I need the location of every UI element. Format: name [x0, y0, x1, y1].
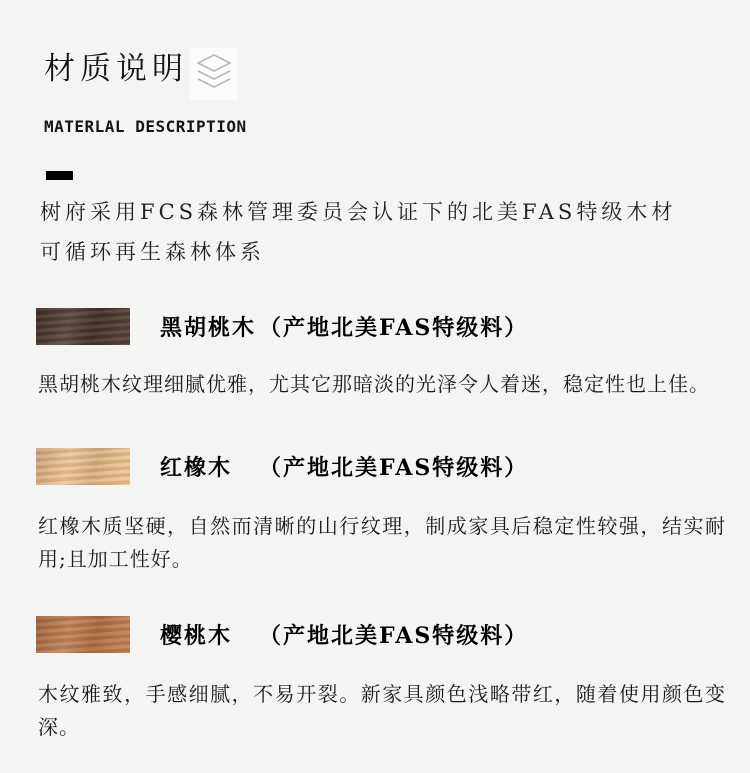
- material-section-walnut: 黑胡桃木 （产地北美FAS特级料）: [36, 308, 728, 345]
- material-title: 红橡木 （产地北美FAS特级料）: [160, 448, 528, 485]
- material-heading-row: 红橡木 （产地北美FAS特级料）: [36, 448, 728, 485]
- material-section-cherry: 樱桃木 （产地北美FAS特级料）: [36, 616, 728, 653]
- material-origin: （产地北美FAS特级料）: [259, 451, 528, 482]
- material-title: 黑胡桃木 （产地北美FAS特级料）: [160, 308, 528, 345]
- material-name: 黑胡桃木: [160, 311, 259, 342]
- intro-line-1: 树府采用FCS森林管理委员会认证下的北美FAS特级木材: [40, 192, 720, 232]
- material-description-cherry: 木纹雅致，手感细腻，不易开裂。新家具颜色浅略带红，随着使用颜色变深。: [38, 678, 726, 744]
- intro-line-2: 可循环再生森林体系: [40, 232, 720, 272]
- material-heading-row: 黑胡桃木 （产地北美FAS特级料）: [36, 308, 728, 345]
- wood-swatch-cherry: [36, 616, 130, 653]
- page-subtitle: MATERLAL DESCRIPTION: [44, 117, 247, 136]
- material-title: 樱桃木 （产地北美FAS特级料）: [160, 616, 528, 653]
- material-description-walnut: 黑胡桃木纹理细腻优雅，尤其它那暗淡的光泽令人着迷，稳定性也上佳。: [38, 368, 726, 401]
- material-description-page: 材质说明 MATERLAL DESCRIPTION 树府采用FCS森林管理委员会…: [0, 0, 750, 773]
- title-row: 材质说明: [44, 46, 247, 100]
- material-name: 樱桃木: [160, 619, 259, 650]
- material-section-red-oak: 红橡木 （产地北美FAS特级料）: [36, 448, 728, 485]
- page-title: 材质说明: [44, 46, 188, 92]
- material-description-red-oak: 红橡木质坚硬，自然而清晰的山行纹理，制成家具后稳定性较强，结实耐用;且加工性好。: [38, 510, 726, 576]
- material-name: 红橡木: [160, 451, 259, 482]
- wood-swatch-walnut: [36, 308, 130, 345]
- page-header: 材质说明 MATERLAL DESCRIPTION: [44, 46, 247, 136]
- material-heading-row: 樱桃木 （产地北美FAS特级料）: [36, 616, 728, 653]
- accent-bar: [46, 171, 73, 180]
- material-origin: （产地北美FAS特级料）: [259, 619, 528, 650]
- layers-icon: [190, 48, 238, 100]
- wood-swatch-red-oak: [36, 448, 130, 485]
- material-origin: （产地北美FAS特级料）: [259, 311, 528, 342]
- intro-paragraph: 树府采用FCS森林管理委员会认证下的北美FAS特级木材 可循环再生森林体系: [40, 192, 720, 272]
